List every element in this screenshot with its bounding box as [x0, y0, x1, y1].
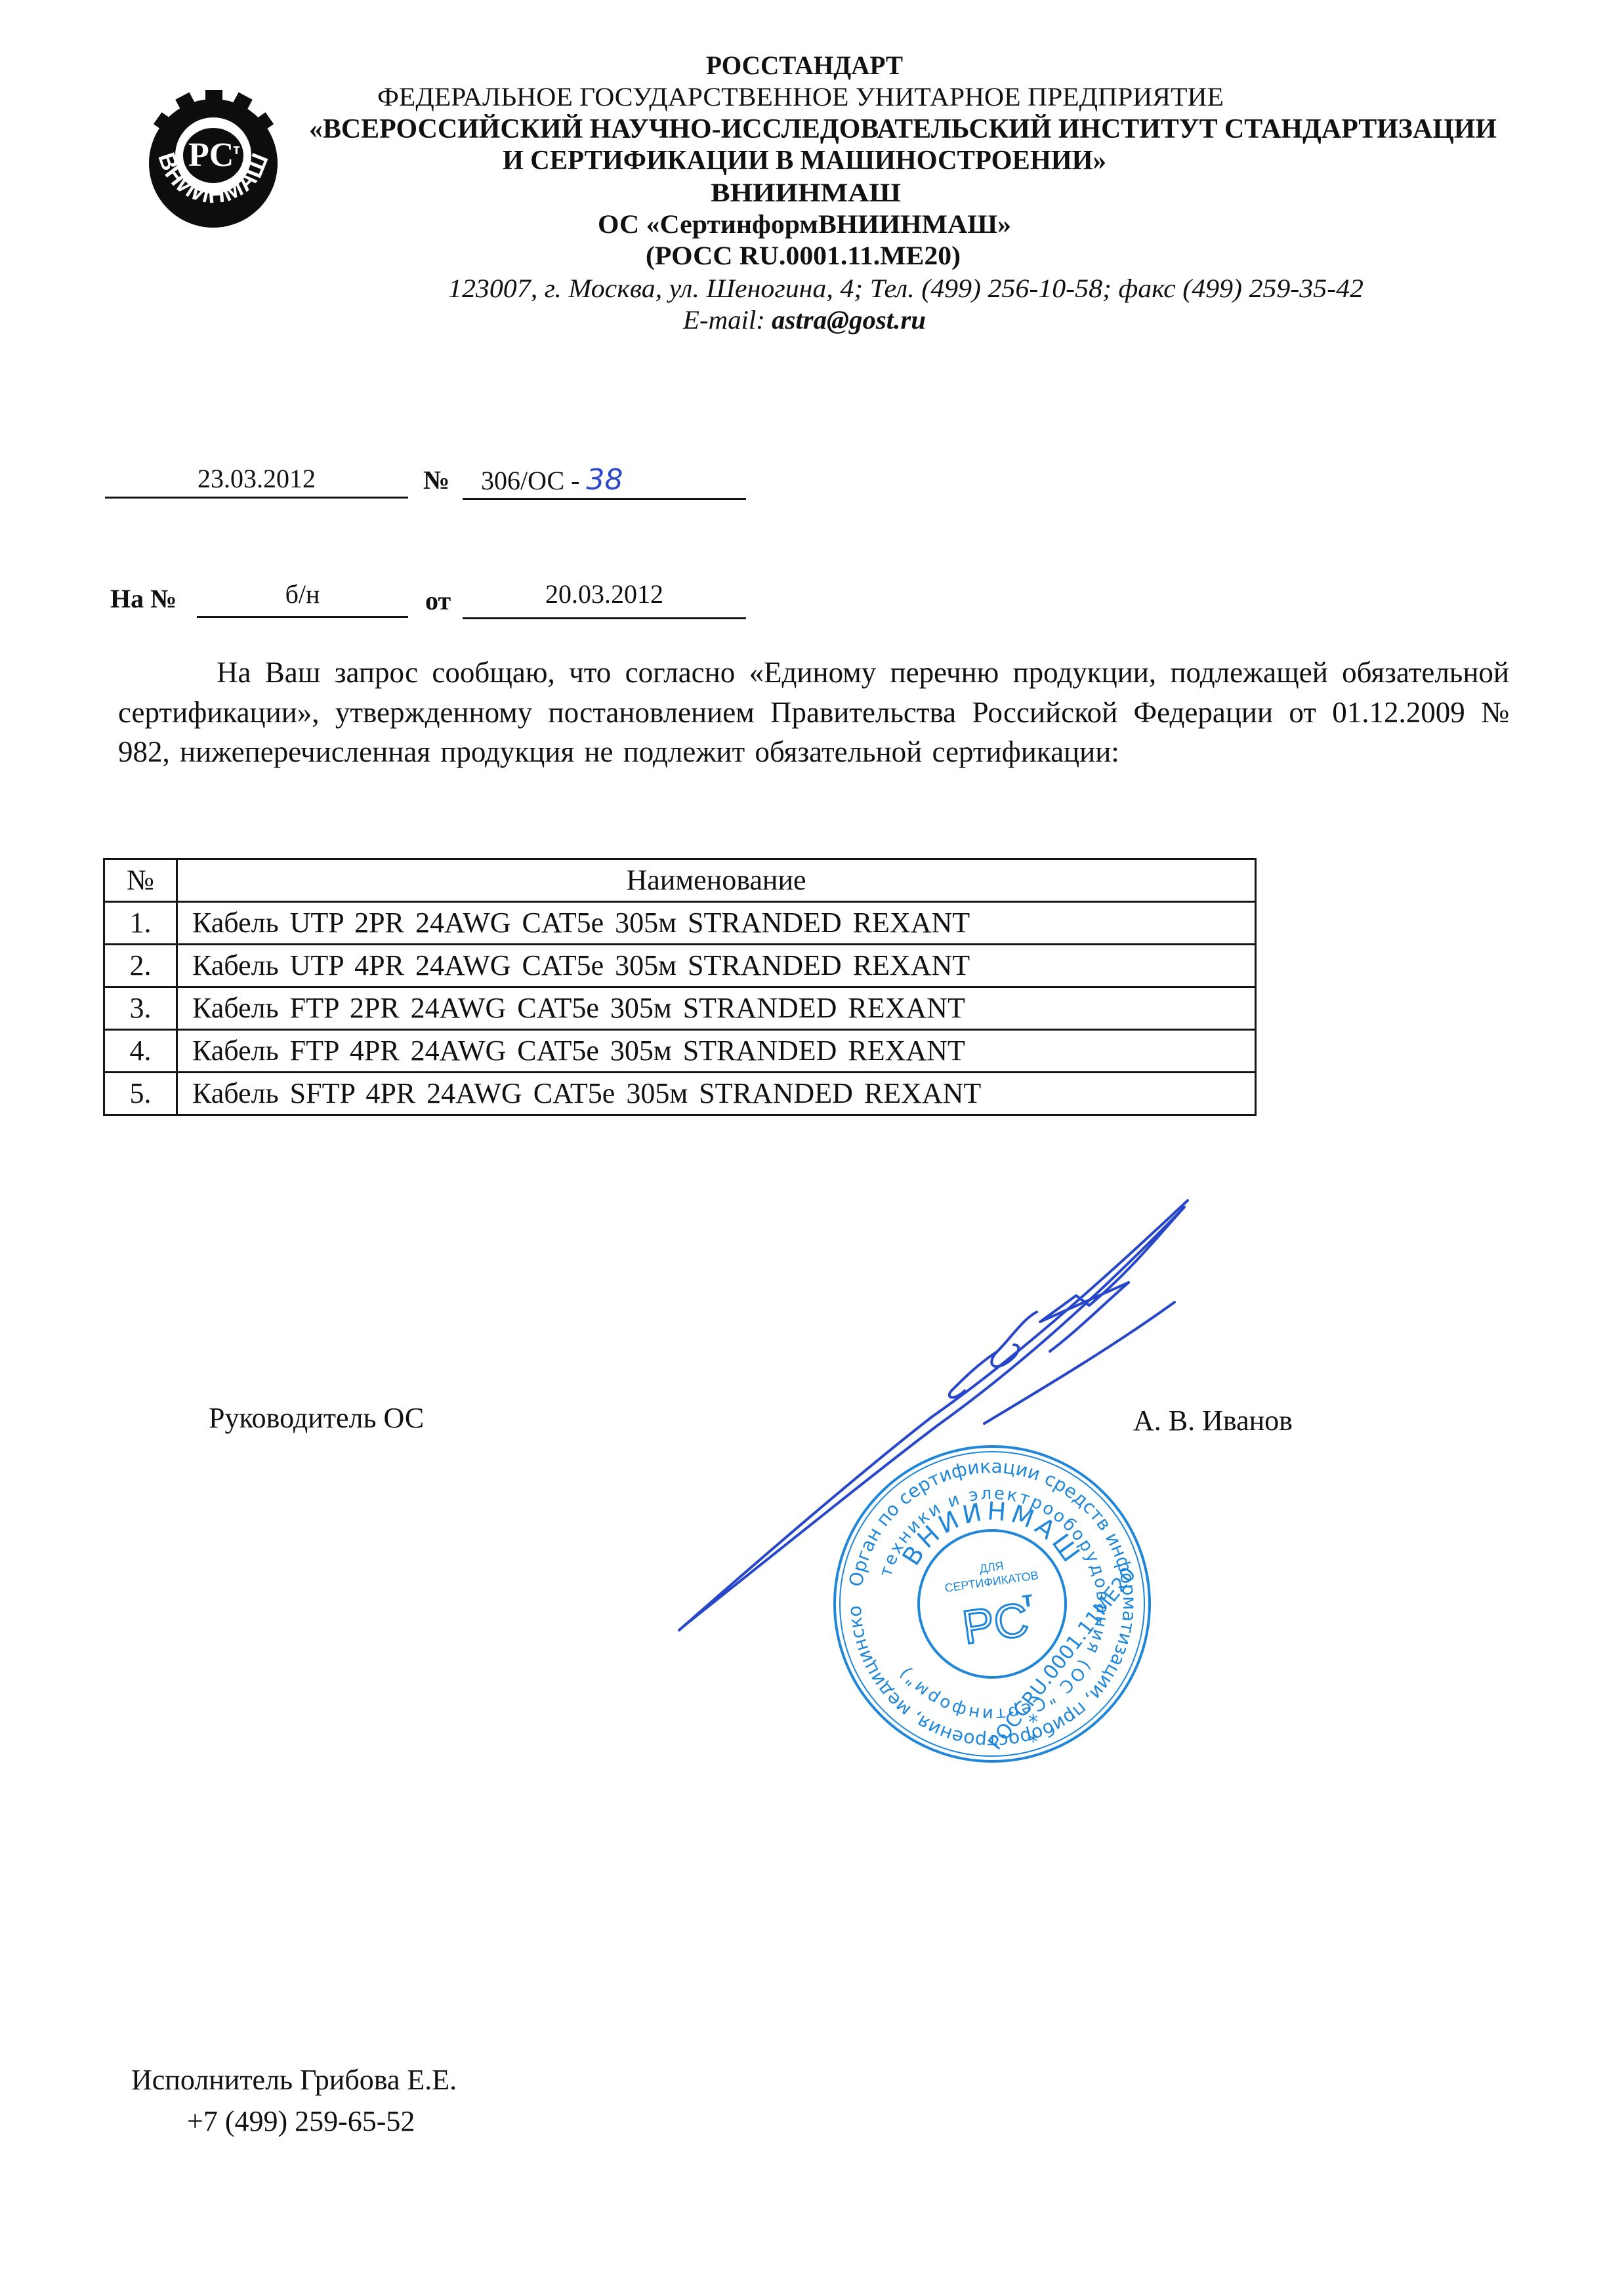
gear-logo-icon: PC т ВНИИНМАШ — [135, 82, 292, 239]
handwritten-signature — [0, 0, 1624, 2296]
signatory-name: А. В. Иванов — [1133, 1404, 1293, 1437]
reply-from-label: от — [425, 588, 451, 614]
official-stamp: Орган по сертификации средств информатиз… — [828, 1440, 1156, 1768]
header-institute-line1: «ВСЕРОССИЙСКИЙ НАУЧНО-ИССЛЕДОВАТЕЛЬСКИЙ … — [309, 115, 1499, 143]
header-fgup: ФЕДЕРАЛЬНОЕ ГОСУДАРСТВЕННОЕ УНИТАРНОЕ ПР… — [377, 84, 1190, 110]
signatory-position: Руководитель ОС — [209, 1401, 424, 1435]
header-name: Наименование — [177, 859, 1256, 902]
email-label: E-mail: — [683, 305, 772, 335]
row-number: 2. — [104, 945, 177, 987]
header-institute-line2: И СЕРТИФИКАЦИИ В МАШИНОСТРОЕНИИ» — [503, 147, 1121, 174]
stamp-seal-icon: Орган по сертификации средств информатиз… — [828, 1440, 1156, 1768]
svg-text:т: т — [233, 141, 240, 157]
row-product-name: Кабель UTP 2PR 24AWG CAT5e 305м STRANDED… — [177, 902, 1256, 945]
vniinmash-logo: PC т ВНИИНМАШ — [135, 82, 292, 239]
number-handwritten: 38 — [587, 463, 623, 497]
table-row: 1. Кабель UTP 2PR 24AWG CAT5e 305м STRAN… — [104, 902, 1256, 945]
header-number: № — [104, 859, 177, 902]
executor-phone: +7 (499) 259-65-52 — [187, 2104, 415, 2138]
table-row: 4. Кабель FTP 4PR 24AWG CAT5e 305м STRAN… — [104, 1030, 1256, 1073]
row-product-name: Кабель FTP 4PR 24AWG CAT5e 305м STRANDED… — [177, 1030, 1256, 1073]
executor-name: Исполнитель Грибова Е.Е. — [131, 2063, 457, 2097]
reply-number: б/н — [197, 581, 408, 607]
svg-text:ДЛЯ: ДЛЯ — [978, 1559, 1004, 1576]
header-registration: (РОСС RU.0001.11.МЕ20) — [646, 243, 947, 269]
number-label: № — [423, 467, 449, 493]
reply-date-underline — [463, 617, 746, 619]
header-os-sertinform: ОС «СертинформВНИИНМАШ» — [598, 211, 993, 237]
header-rosstandart: РОССТАНДАРТ — [706, 52, 907, 79]
svg-text:ВНИИНМАШ: ВНИИНМАШ — [896, 1496, 1087, 1570]
row-number: 1. — [104, 902, 177, 945]
date-underline — [105, 497, 408, 499]
outgoing-number: 306/ОС - 38 — [481, 466, 623, 495]
row-product-name: Кабель SFTP 4PR 24AWG CAT5e 305м STRANDE… — [177, 1073, 1256, 1115]
number-printed: 306/ОС - — [481, 466, 580, 495]
table-row: 3. Кабель FTP 2PR 24AWG CAT5e 305м STRAN… — [104, 987, 1256, 1030]
header-address: 123007, г. Москва, ул. Шеногина, 4; Тел.… — [448, 276, 1322, 302]
svg-text:*: * — [1028, 1731, 1038, 1753]
table-row: 2. Кабель UTP 4PR 24AWG CAT5e 305м STRAN… — [104, 945, 1256, 987]
reply-date: 20.03.2012 — [463, 581, 746, 607]
email-link[interactable]: astra@gost.ru — [772, 305, 926, 335]
products-table: № Наименование 1. Кабель UTP 2PR 24AWG C… — [103, 858, 1257, 1116]
body-paragraph: На Ваш запрос сообщаю, что согласно «Еди… — [118, 653, 1509, 772]
row-product-name: Кабель FTP 2PR 24AWG CAT5e 305м STRANDED… — [177, 987, 1256, 1030]
number-underline — [463, 498, 746, 500]
row-number: 4. — [104, 1030, 177, 1073]
row-product-name: Кабель UTP 4PR 24AWG CAT5e 305м STRANDED… — [177, 945, 1256, 987]
header-vniinmash: ВНИИНМАШ — [711, 180, 883, 206]
row-number: 5. — [104, 1073, 177, 1115]
svg-text:PC: PC — [959, 1593, 1031, 1654]
outgoing-date: 23.03.2012 — [105, 466, 408, 492]
row-number: 3. — [104, 987, 177, 1030]
reply-number-underline — [197, 616, 408, 618]
reply-label: На № — [110, 586, 177, 612]
header-email: E-mail: astra@gost.ru — [683, 307, 921, 333]
svg-text:PC: PC — [188, 136, 234, 174]
table-row: 5. Кабель SFTP 4PR 24AWG CAT5e 305м STRA… — [104, 1073, 1256, 1115]
table-header-row: № Наименование — [104, 859, 1256, 902]
